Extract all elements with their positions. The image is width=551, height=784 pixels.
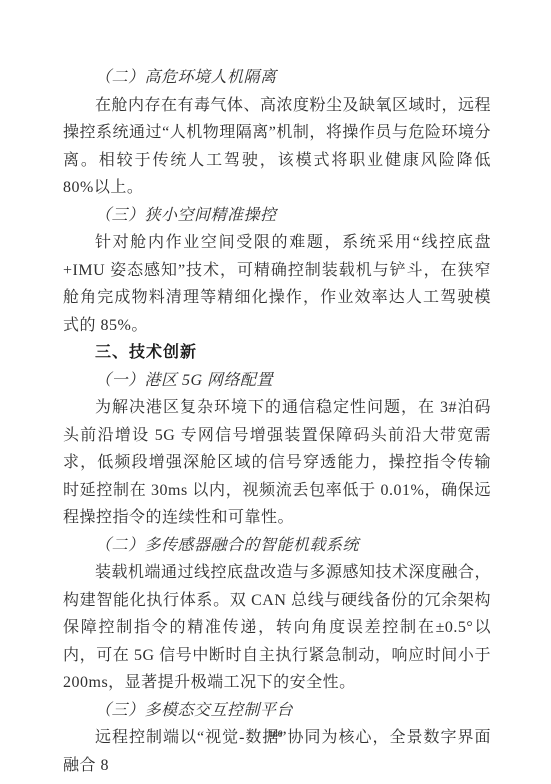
paragraph-multi-sensor-fusion: 装载机端通过线控底盘改造与多源感知技术深度融合，构建智能化执行体系。双 CAN … xyxy=(63,559,491,697)
paragraph-human-machine-isolation: 在舱内存在有毒气体、高浓度粉尘及缺氧区域时，远程操控系统通过“人机物理隔离”机制… xyxy=(63,92,491,202)
paragraph-5g-network-config: 为解决港区复杂环境下的通信稳定性问题，在 3#泊码头前沿增设 5G 专网信号增强… xyxy=(63,394,491,532)
subheading-5g-network-config: （一）港区 5G 网络配置 xyxy=(63,367,491,395)
subheading-narrow-space-control: （三）狭小空间精准操控 xyxy=(63,202,491,230)
subheading-multimodal-platform: （三）多模态交互控制平台 xyxy=(63,697,491,725)
paragraph-narrow-space-control: 针对舱内作业空间受限的难题，系统采用“线控底盘+IMU 姿态感知”技术，可精确控… xyxy=(63,229,491,339)
page-number: 186 xyxy=(0,728,551,740)
subheading-human-machine-isolation: （二）高危环境人机隔离 xyxy=(63,64,491,92)
document-page: （二）高危环境人机隔离 在舱内存在有毒气体、高浓度粉尘及缺氧区域时，远程操控系统… xyxy=(0,0,551,784)
subheading-multi-sensor-fusion: （二）多传感器融合的智能机载系统 xyxy=(63,532,491,560)
heading-tech-innovation: 三、技术创新 xyxy=(63,339,491,367)
